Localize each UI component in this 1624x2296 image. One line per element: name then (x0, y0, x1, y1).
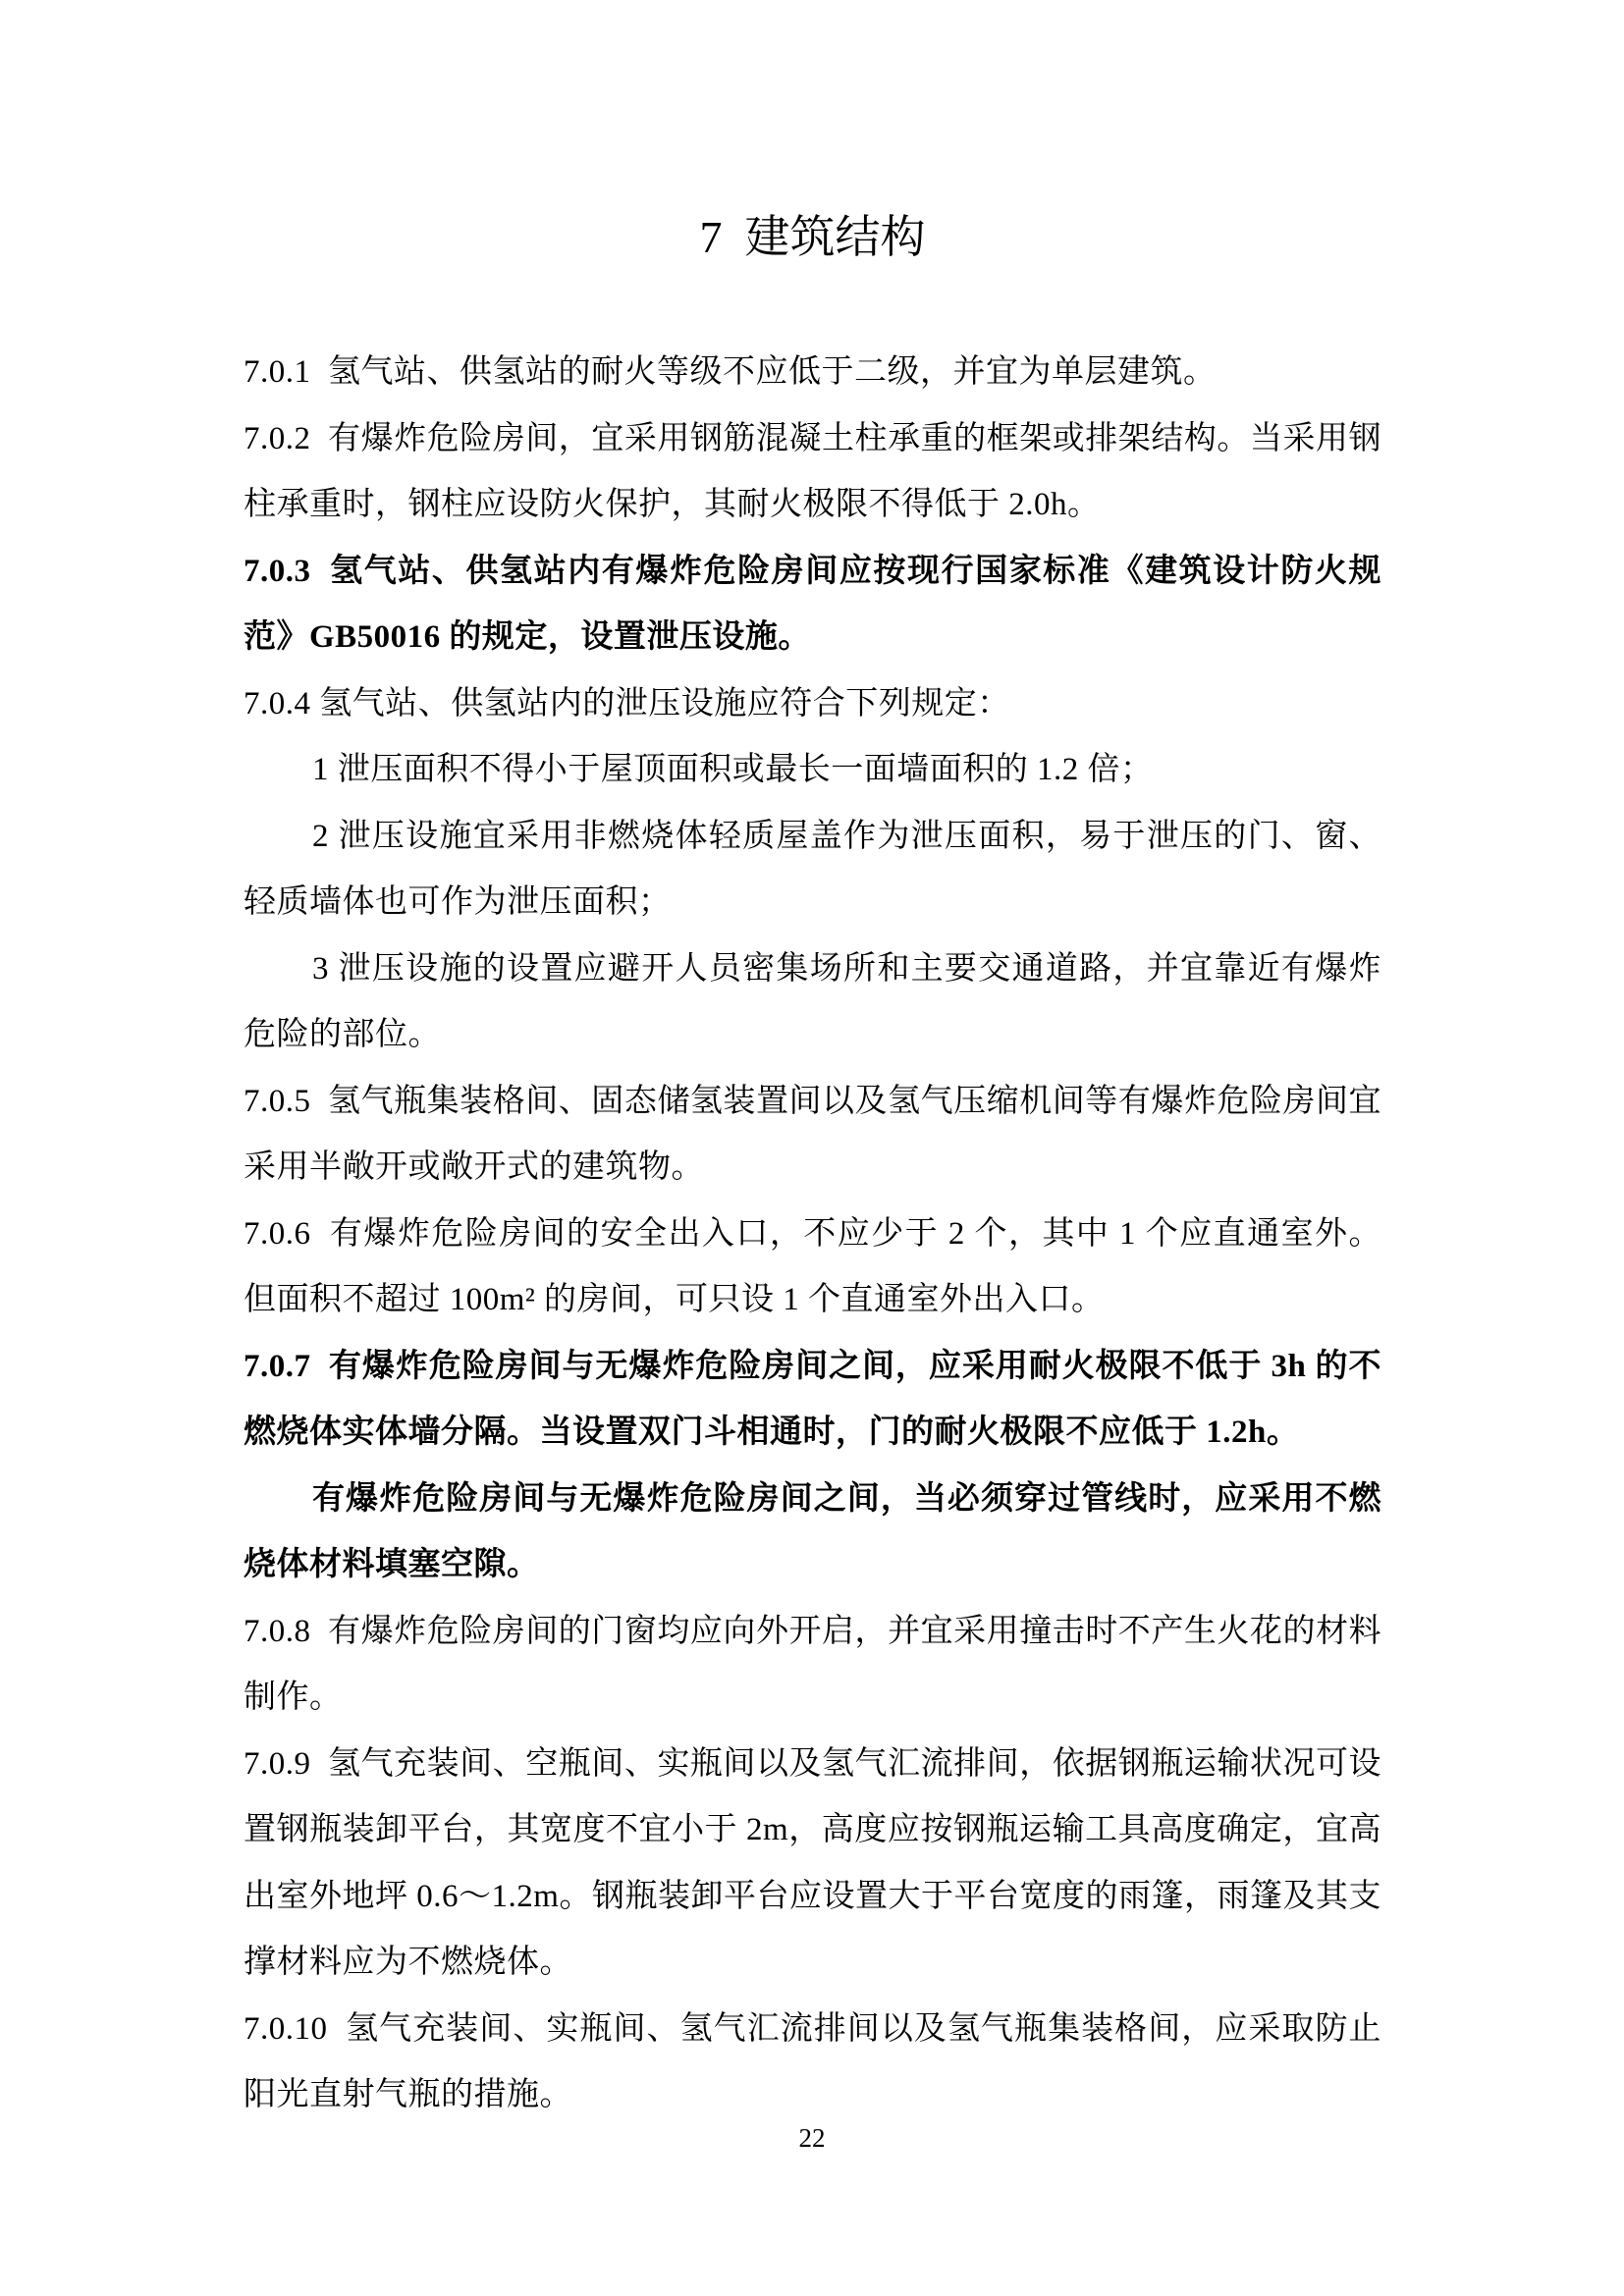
clause-7-0-5: 7.0.5 氢气瓶集装格间、固态储氢装置间以及氢气压缩机间等有爆炸危险房间宜采用… (244, 1069, 1381, 1201)
clause-7-0-10: 7.0.10 氢气充装间、实瓶间、氢气汇流排间以及氢气瓶集装格间，应采取防止阳光… (244, 1997, 1381, 2129)
document-page: 7 建筑结构 7.0.1 氢气站、供氢站的耐火等级不应低于二级，并宜为单层建筑。… (0, 0, 1624, 2296)
clause-7-0-3: 7.0.3 氢气站、供氢站内有爆炸危险房间应按现行国家标准《建筑设计防火规范》G… (244, 539, 1381, 671)
clause-7-0-4: 7.0.4 氢气站、供氢站内的泄压设施应符合下列规定： (244, 671, 1381, 738)
list-item-3: 3 泄压设施的设置应避开人员密集场所和主要交通道路，并宜靠近有爆炸危险的部位。 (244, 936, 1381, 1069)
clause-7-0-7-note: 有爆炸危险房间与无爆炸危险房间之间，当必须穿过管线时，应采用不燃烧体材料填塞空隙… (244, 1467, 1381, 1599)
chapter-title: 7 建筑结构 (244, 210, 1381, 265)
clause-7-0-7: 7.0.7 有爆炸危险房间与无爆炸危险房间之间，应采用耐火极限不低于 3h 的不… (244, 1334, 1381, 1467)
list-item-1: 1 泄压面积不得小于屋顶面积或最长一面墙面积的 1.2 倍； (244, 737, 1381, 804)
document-content: 7 建筑结构 7.0.1 氢气站、供氢站的耐火等级不应低于二级，并宜为单层建筑。… (0, 210, 1624, 2129)
clause-7-0-8: 7.0.8 有爆炸危险房间的门窗均应向外开启，并宜采用撞击时不产生火花的材料制作… (244, 1599, 1381, 1732)
page-number: 22 (0, 2122, 1624, 2154)
clause-7-0-1: 7.0.1 氢气站、供氢站的耐火等级不应低于二级，并宜为单层建筑。 (244, 340, 1381, 406)
clause-7-0-9: 7.0.9 氢气充装间、空瓶间、实瓶间以及氢气汇流排间，依据钢瓶运输状况可设置钢… (244, 1732, 1381, 1997)
clause-7-0-2: 7.0.2 有爆炸危险房间，宜采用钢筋混凝土柱承重的框架或排架结构。当采用钢柱承… (244, 406, 1381, 539)
list-item-2: 2 泄压设施宜采用非燃烧体轻质屋盖作为泄压面积，易于泄压的门、窗、轻质墙体也可作… (244, 804, 1381, 936)
clause-7-0-6: 7.0.6 有爆炸危险房间的安全出入口，不应少于 2 个，其中 1 个应直通室外… (244, 1201, 1381, 1334)
